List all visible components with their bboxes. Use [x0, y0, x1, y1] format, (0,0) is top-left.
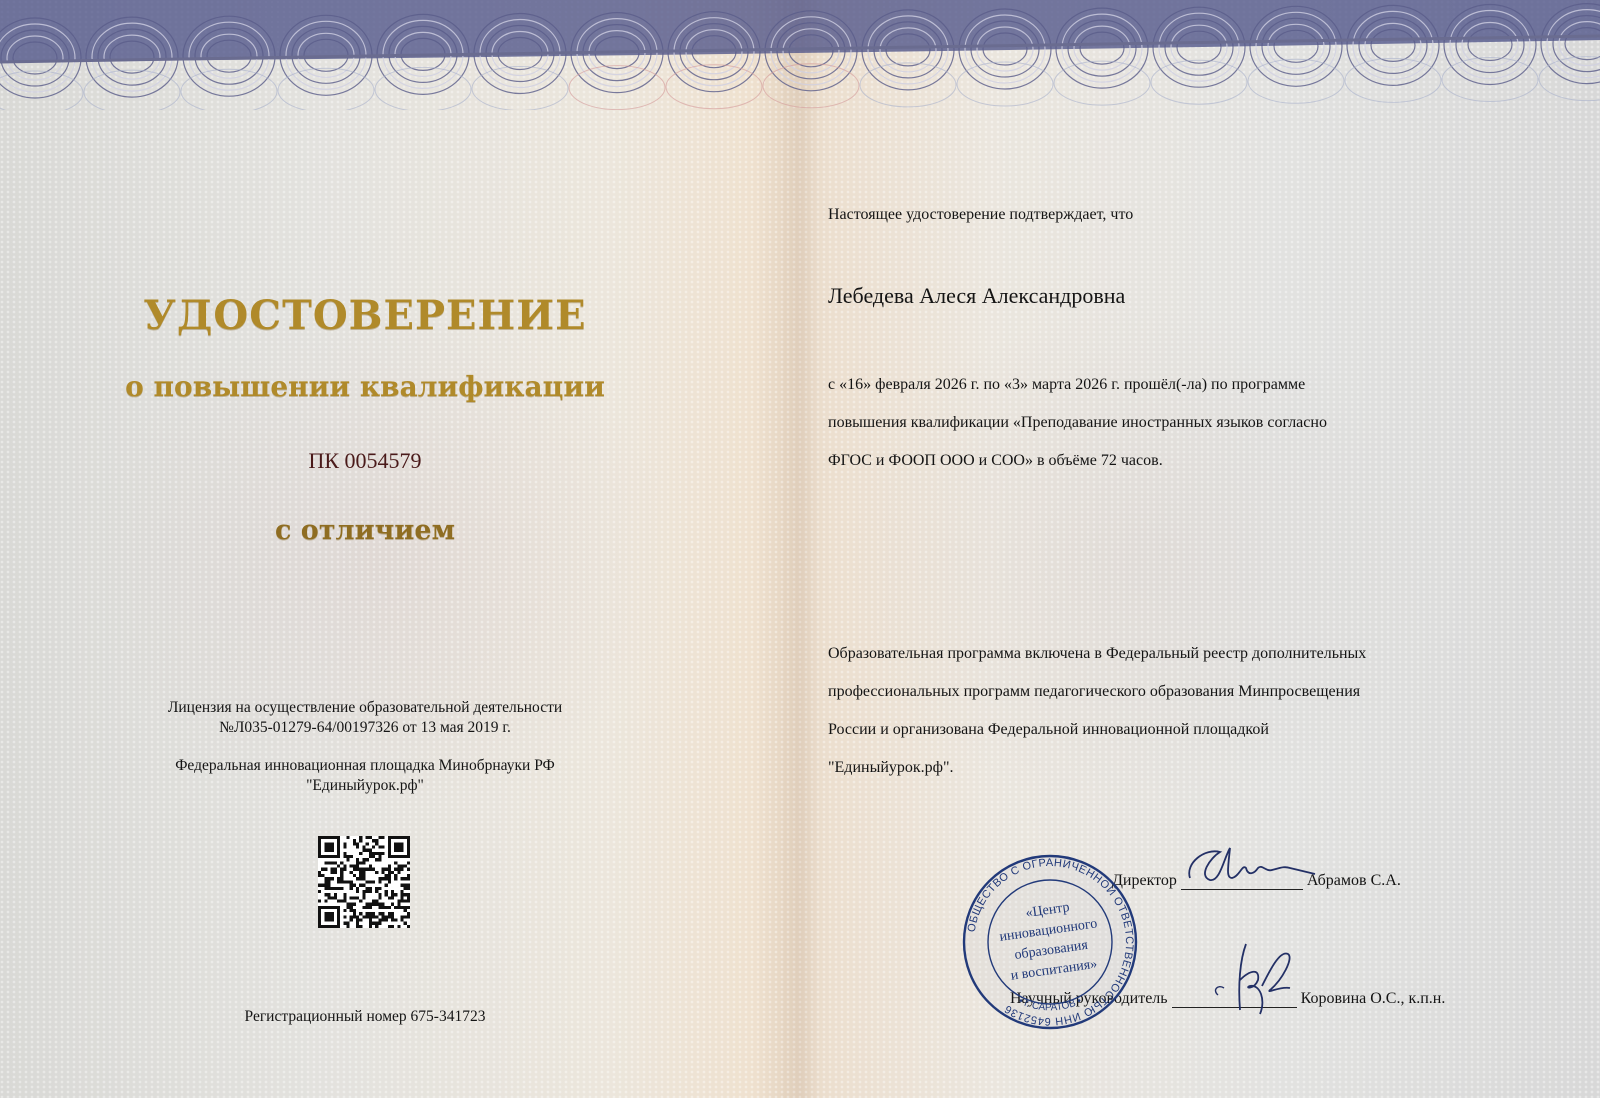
right-page: Настоящее удостоверение подтверждает, чт… — [820, 0, 1600, 1098]
registry-line: России и организована Федеральной иннова… — [828, 711, 1548, 749]
supervisor-name: Коровина О.С., к.п.н. — [1301, 990, 1446, 1008]
license-info: Лицензия на осуществление образовательно… — [80, 698, 650, 738]
serial-number: ПК 0054579 — [0, 448, 730, 474]
supervisor-signature-icon — [1210, 940, 1320, 1020]
honors-label: с отличием — [0, 515, 730, 546]
left-page: УДОСТОВЕРЕНИЕ о повышении квалификации П… — [0, 0, 780, 1098]
platform-line-1: Федеральная инновационная площадка Миноб… — [80, 756, 650, 776]
course-line: с «16» февраля 2026 г. по «3» марта 2026… — [828, 366, 1548, 404]
certificate-subtitle: о повышении квалификации — [0, 370, 730, 403]
recipient-name: Лебедева Алеся Александровна — [828, 283, 1125, 309]
course-description: с «16» февраля 2026 г. по «3» марта 2026… — [828, 366, 1548, 480]
intro-text: Настоящее удостоверение подтверждает, чт… — [828, 206, 1133, 224]
license-line-2: №Л035-01279-64/00197326 от 13 мая 2019 г… — [80, 718, 650, 738]
registry-statement: Образовательная программа включена в Фед… — [828, 635, 1548, 787]
registration-number: Регистрационный номер 675-341723 — [0, 1008, 730, 1026]
course-line: повышения квалификации «Преподавание ино… — [828, 404, 1548, 442]
registry-line: Образовательная программа включена в Фед… — [828, 635, 1548, 673]
qr-code-icon — [318, 836, 410, 928]
course-line: ФГОС и ФООП ООО и СОО» в объёме 72 часов… — [828, 442, 1548, 480]
director-signature-icon — [1180, 838, 1330, 898]
platform-line-2: "Единыйурок.рф" — [80, 776, 650, 796]
organization-stamp-icon: ОБЩЕСТВО С ОГРАНИЧЕННОЙ ОТВЕТСТВЕННОСТЬЮ… — [960, 852, 1140, 1032]
center-fold — [780, 0, 820, 1098]
registry-line: профессиональных программ педагогическог… — [828, 673, 1548, 711]
platform-info: Федеральная инновационная площадка Миноб… — [80, 756, 650, 796]
registry-line: "Единыйурок.рф". — [828, 749, 1548, 787]
certificate-title: УДОСТОВЕРЕНИЕ — [0, 292, 730, 339]
license-line-1: Лицензия на осуществление образовательно… — [80, 698, 650, 718]
certificate-document: УДОСТОВЕРЕНИЕ о повышении квалификации П… — [0, 0, 1600, 1098]
